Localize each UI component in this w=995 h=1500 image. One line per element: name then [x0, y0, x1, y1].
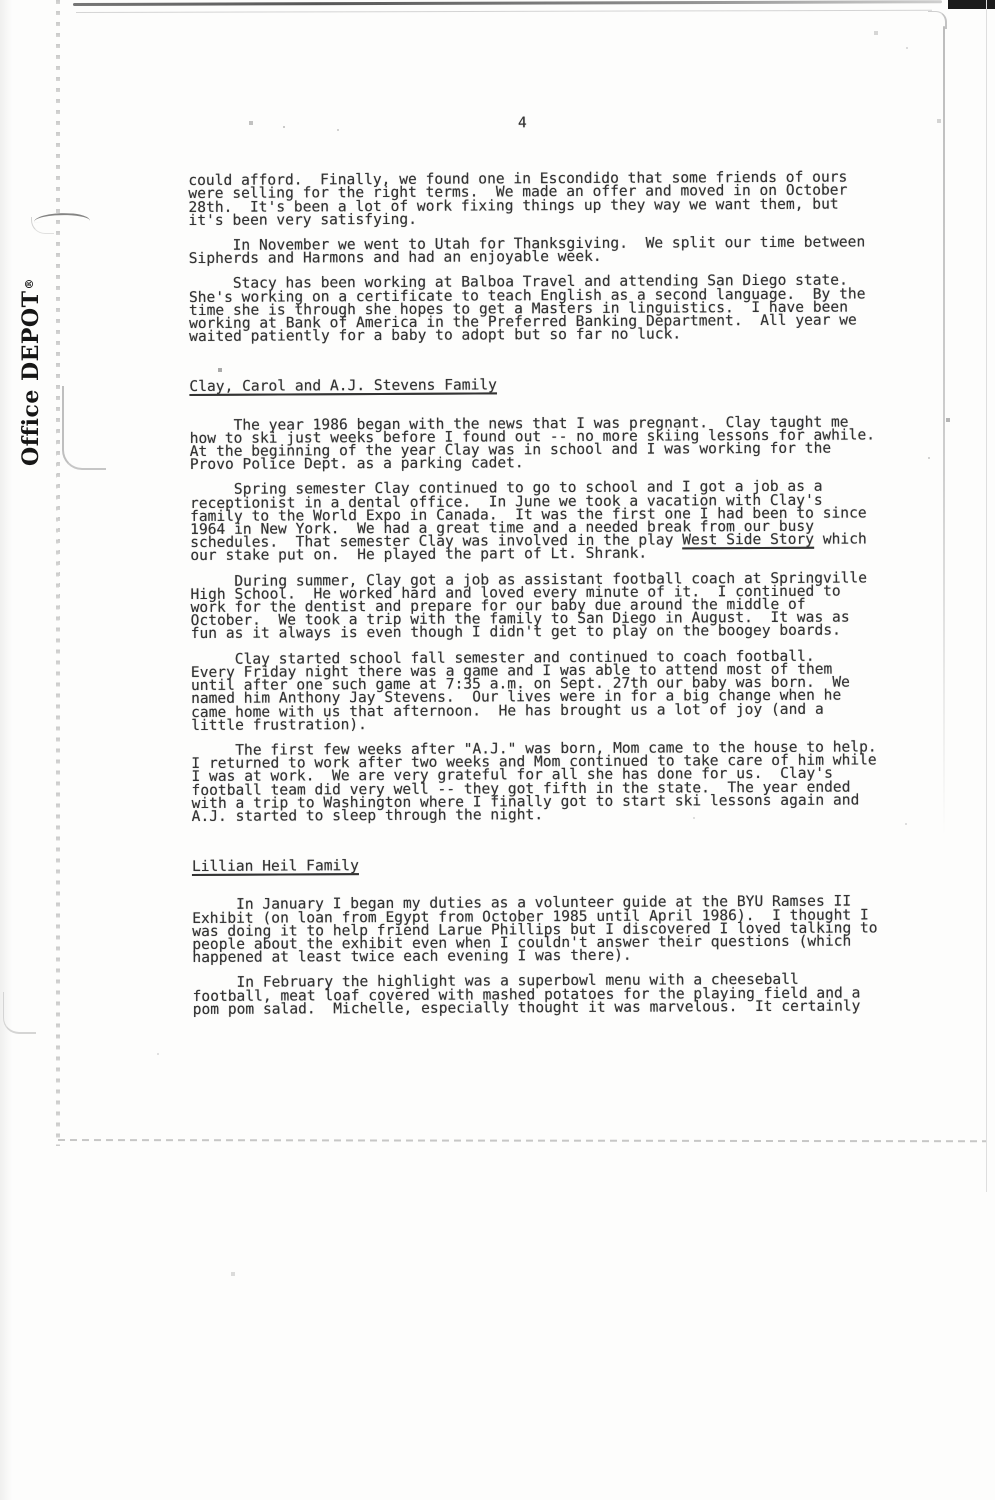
- paragraph-year-1986: The year 1986 began with the news that I…: [190, 415, 890, 471]
- office-depot-logo: Office DEPOT®: [16, 272, 46, 472]
- paragraph-summer: During summer, Clay got a job as assista…: [190, 571, 890, 641]
- paragraph-continued-from-previous-page: could afford. Finally, we found one in E…: [188, 171, 888, 227]
- paragraph-stacy: Stacy has been working at Balboa Travel …: [189, 274, 889, 344]
- scan-crease-mark: [62, 386, 106, 470]
- section-heading-lillian-heil-family: Lillian Heil Family: [192, 856, 892, 873]
- scan-right-edge-line: [986, 0, 987, 1192]
- document-page: 4 could afford. Finally, we found one in…: [188, 114, 893, 1016]
- section-heading-stevens-family: Clay, Carol and A.J. Stevens Family: [189, 377, 889, 394]
- paragraph-february: In February the highlight was a superbow…: [192, 973, 892, 1016]
- office-depot-logo-text: Office DEPOT: [18, 291, 44, 466]
- scan-noise-specks: [0, 0, 2, 2]
- scan-crease-mark-lower: [3, 992, 36, 1034]
- pen-mark-tail: [31, 217, 54, 234]
- spiral-binding-perforation: [56, 0, 60, 1146]
- registered-trademark-symbol: ®: [23, 278, 36, 290]
- paragraph-first-weeks: The first few weeks after "A.J." was bor…: [191, 740, 891, 823]
- paragraph-thanksgiving: In November we went to Utah for Thanksgi…: [189, 235, 889, 265]
- page-number: 4: [518, 114, 888, 129]
- scan-corner-black-bar: [948, 0, 995, 9]
- paper-right-edge: [943, 26, 945, 836]
- play-title-underlined: West Side Story: [682, 531, 814, 549]
- paragraph-spring-semester: Spring semester Clay continued to go to …: [190, 480, 890, 563]
- scanner-edge-shade: [0, 0, 12, 1500]
- paragraph-fall-semester: Clay started school fall semester and co…: [191, 649, 891, 732]
- paper-top-edge: [76, 10, 932, 13]
- paper-bottom-perforation-line: [58, 1139, 986, 1142]
- scan-top-edge-line: [73, 0, 942, 6]
- paragraph-january: In January I began my duties as a volunt…: [192, 895, 892, 965]
